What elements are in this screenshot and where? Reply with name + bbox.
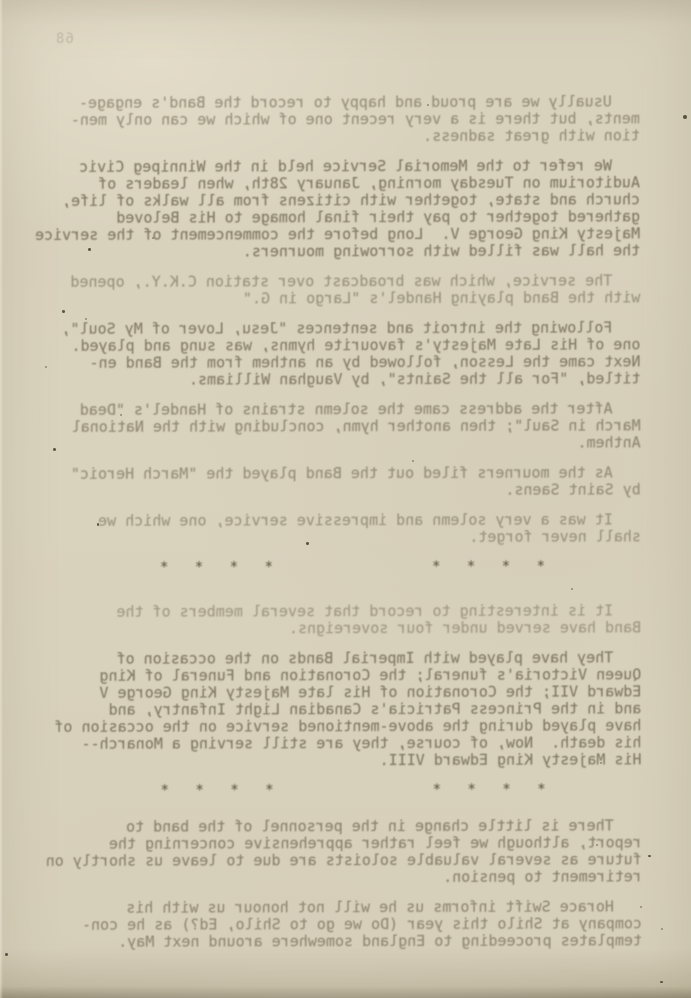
text-blocks: Usually we are proud and happy to record… — [54, 93, 642, 951]
text-line: the hall was filled with sorrowing mourn… — [54, 242, 640, 261]
paragraph: It was a very solemn and impressive serv… — [55, 511, 641, 547]
text-line: retirement to pension. — [56, 868, 642, 887]
paragraph: We refer to the Memorial Service held in… — [54, 157, 640, 261]
text-line: tion with great sadness. — [54, 127, 640, 146]
ink-speck — [648, 855, 651, 857]
page-left-edge-highlight — [0, 0, 3, 998]
asterisk-group: * * * * — [423, 558, 545, 575]
asterisk-separator: * * * ** * * * — [55, 558, 641, 577]
ink-speck — [640, 906, 642, 908]
ink-speck — [53, 448, 56, 451]
paragraph: After the address came the solemn strain… — [55, 400, 641, 453]
ink-speck — [62, 310, 65, 313]
ink-speck — [88, 248, 91, 251]
paragraph: Usually we are proud and happy to record… — [54, 93, 640, 146]
ink-speck — [152, 237, 154, 239]
text-line: Band have served under four sovereigns. — [55, 619, 641, 638]
paragraph: They have played with Imperial Bands on … — [55, 649, 641, 770]
paragraph: It is interesting to record that several… — [55, 602, 641, 638]
ink-speck — [661, 928, 663, 930]
asterisk-group: * * * * — [151, 559, 273, 576]
ink-speck — [45, 366, 47, 368]
text-line: titled, "For all the Saints", by Vaughan… — [55, 370, 641, 389]
text-line: by Saint Saens. — [55, 481, 641, 500]
scanned-page: 68 Usually we are proud and happy to rec… — [0, 0, 691, 998]
asterisk-separator: * * * ** * * * — [56, 781, 642, 800]
ink-speck — [5, 953, 8, 956]
ink-speck — [571, 588, 573, 590]
text-line: with the Band playing Handel's "Largo in… — [54, 289, 640, 308]
ink-speck — [660, 981, 663, 983]
text-line: shall never forget. — [55, 528, 641, 547]
text-line: Anthem. — [55, 434, 641, 453]
ink-speck — [683, 115, 687, 119]
asterisk-group: * * * * — [152, 782, 274, 799]
paragraph: Following the introit and sentences "Jes… — [54, 319, 640, 389]
paragraph: The service, which was broadcast over st… — [54, 272, 640, 308]
ink-speck — [427, 104, 429, 106]
ink-speck — [97, 523, 99, 526]
ink-speck — [600, 762, 602, 764]
text-line: templates proceeding to England somewher… — [56, 932, 642, 951]
page-number: 68 — [55, 31, 74, 47]
paragraph: Horace Swift informs us he will not hono… — [56, 898, 642, 951]
text-line: March in Saul"; then another hymn, concl… — [55, 417, 641, 436]
ink-speck — [596, 844, 598, 846]
ink-speck — [412, 460, 414, 462]
ink-speck — [120, 414, 122, 416]
bleed-through-text: Usually we are proud and happy to record… — [54, 93, 642, 964]
ink-speck — [85, 318, 87, 320]
paragraph: There is little change in the personnel … — [56, 817, 642, 887]
asterisk-group: * * * * — [424, 781, 546, 798]
ink-speck — [306, 542, 309, 545]
paragraph: As the mourners filed out the Band playe… — [55, 464, 641, 500]
text-line: His Majesty King Edward VIII. — [56, 751, 642, 770]
